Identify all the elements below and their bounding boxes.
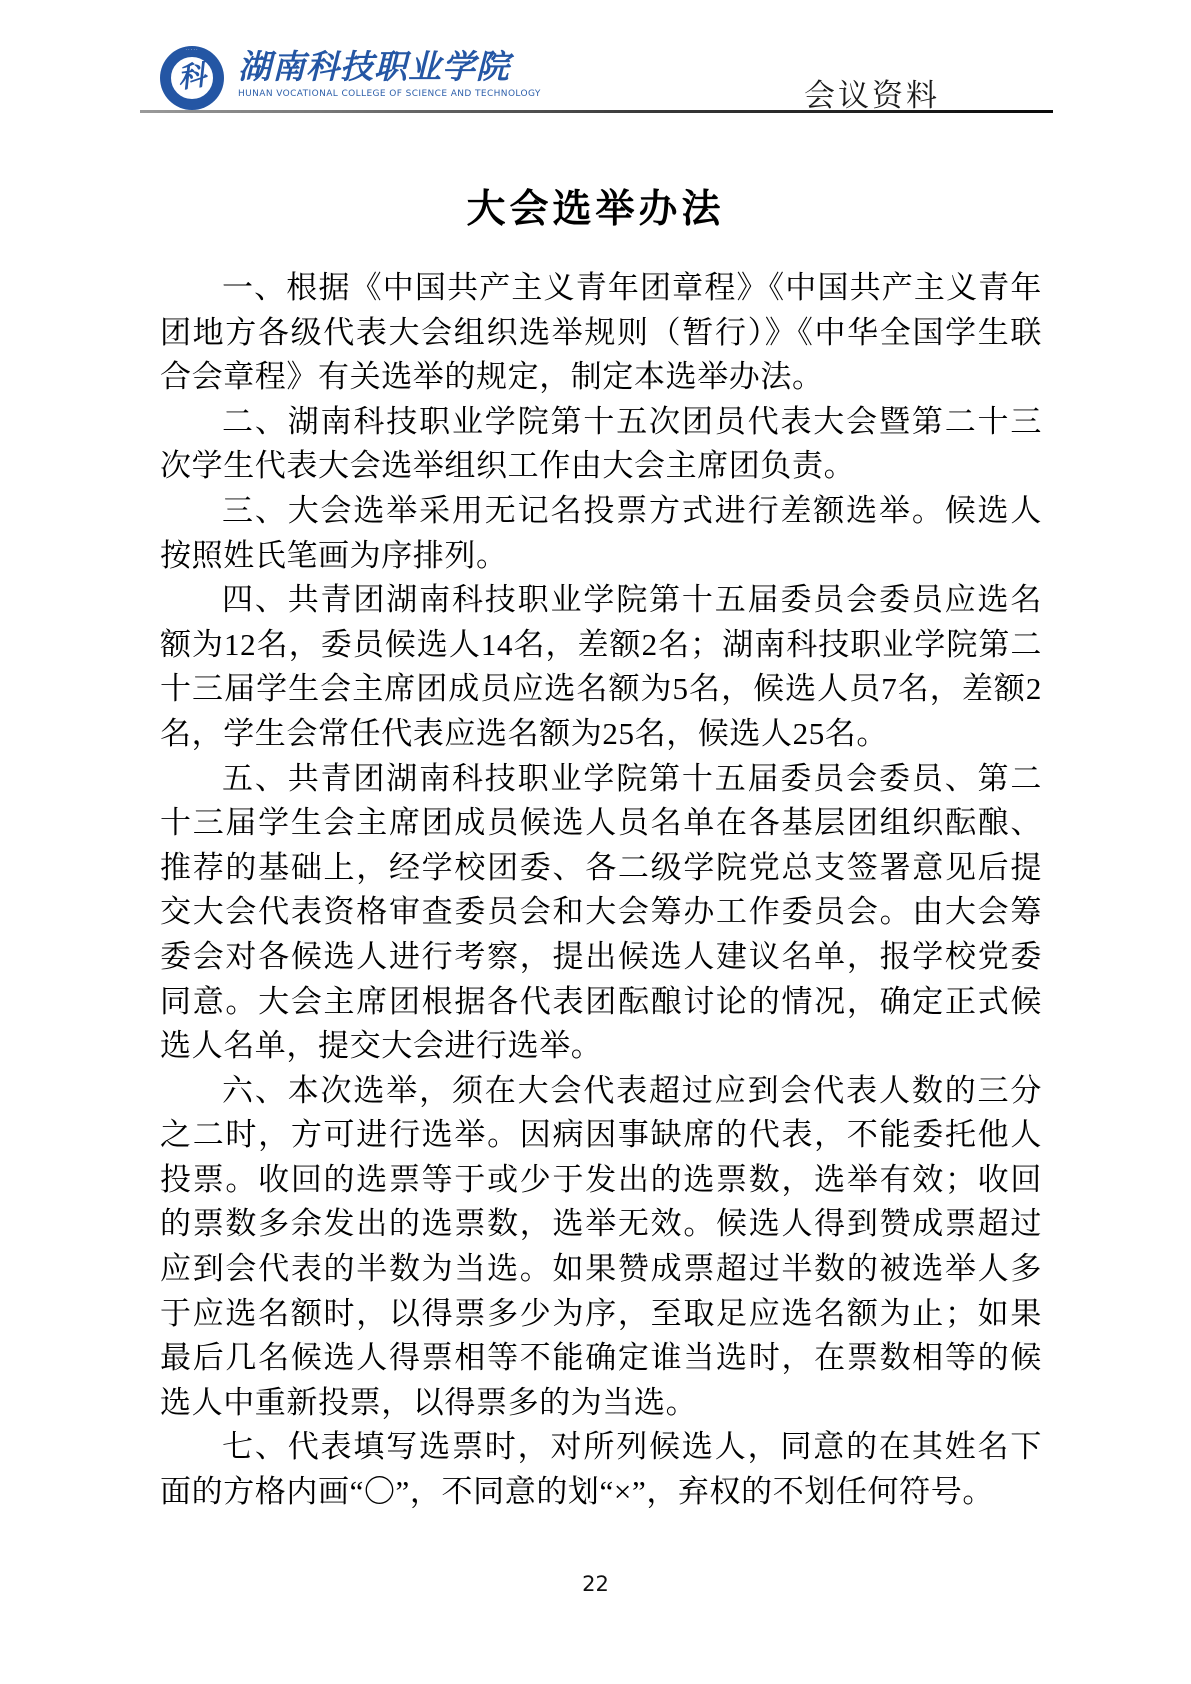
- paragraph-7: 七、代表填写选票时，对所列候选人，同意的在其姓名下面的方格内画“〇”，不同意的划…: [160, 1425, 1042, 1514]
- school-logo: ····· 科 湖南科技职业学院 HUNAN VOCATIONAL COLLEG…: [160, 46, 541, 110]
- paragraph-3: 三、大会选举采用无记名投票方式进行差额选举。候选人按照姓氏笔画为序排列。: [160, 489, 1042, 578]
- emblem-ring-text: ·····: [160, 48, 224, 53]
- paragraph-2: 二、湖南科技职业学院第十五次团员代表大会暨第二十三次学生代表大会选举组织工作由大…: [160, 400, 1042, 489]
- school-name-zh: 湖南科技职业学院: [238, 50, 541, 86]
- document-title: 大会选举办法: [0, 178, 1191, 234]
- page-number: 22: [0, 1572, 1191, 1596]
- page-header: ····· 科 湖南科技职业学院 HUNAN VOCATIONAL COLLEG…: [0, 0, 1191, 112]
- header-doc-label: 会议资料: [804, 70, 940, 115]
- paragraph-5: 五、共青团湖南科技职业学院第十五届委员会委员、第二十三届学生会主席团成员候选人员…: [160, 757, 1042, 1069]
- paragraph-1: 一、根据《中国共产主义青年团章程》《中国共产主义青年团地方各级代表大会组织选举规…: [160, 266, 1042, 400]
- header-divider: [140, 110, 1053, 113]
- emblem-inner-circle: 科: [169, 55, 215, 101]
- school-emblem-icon: ····· 科: [160, 46, 224, 110]
- school-name-block: 湖南科技职业学院 HUNAN VOCATIONAL COLLEGE OF SCI…: [238, 46, 541, 99]
- document-page: ····· 科 湖南科技职业学院 HUNAN VOCATIONAL COLLEG…: [0, 0, 1191, 1684]
- paragraph-6: 六、本次选举，须在大会代表超过应到会代表人数的三分之二时，方可进行选举。因病因事…: [160, 1069, 1042, 1426]
- paragraph-4: 四、共青团湖南科技职业学院第十五届委员会委员应选名额为12名，委员候选人14名，…: [160, 578, 1042, 756]
- document-content: 一、根据《中国共产主义青年团章程》《中国共产主义青年团地方各级代表大会组织选举规…: [160, 266, 1042, 1515]
- school-name-en: HUNAN VOCATIONAL COLLEGE OF SCIENCE AND …: [238, 89, 541, 99]
- emblem-monogram: 科: [176, 62, 208, 94]
